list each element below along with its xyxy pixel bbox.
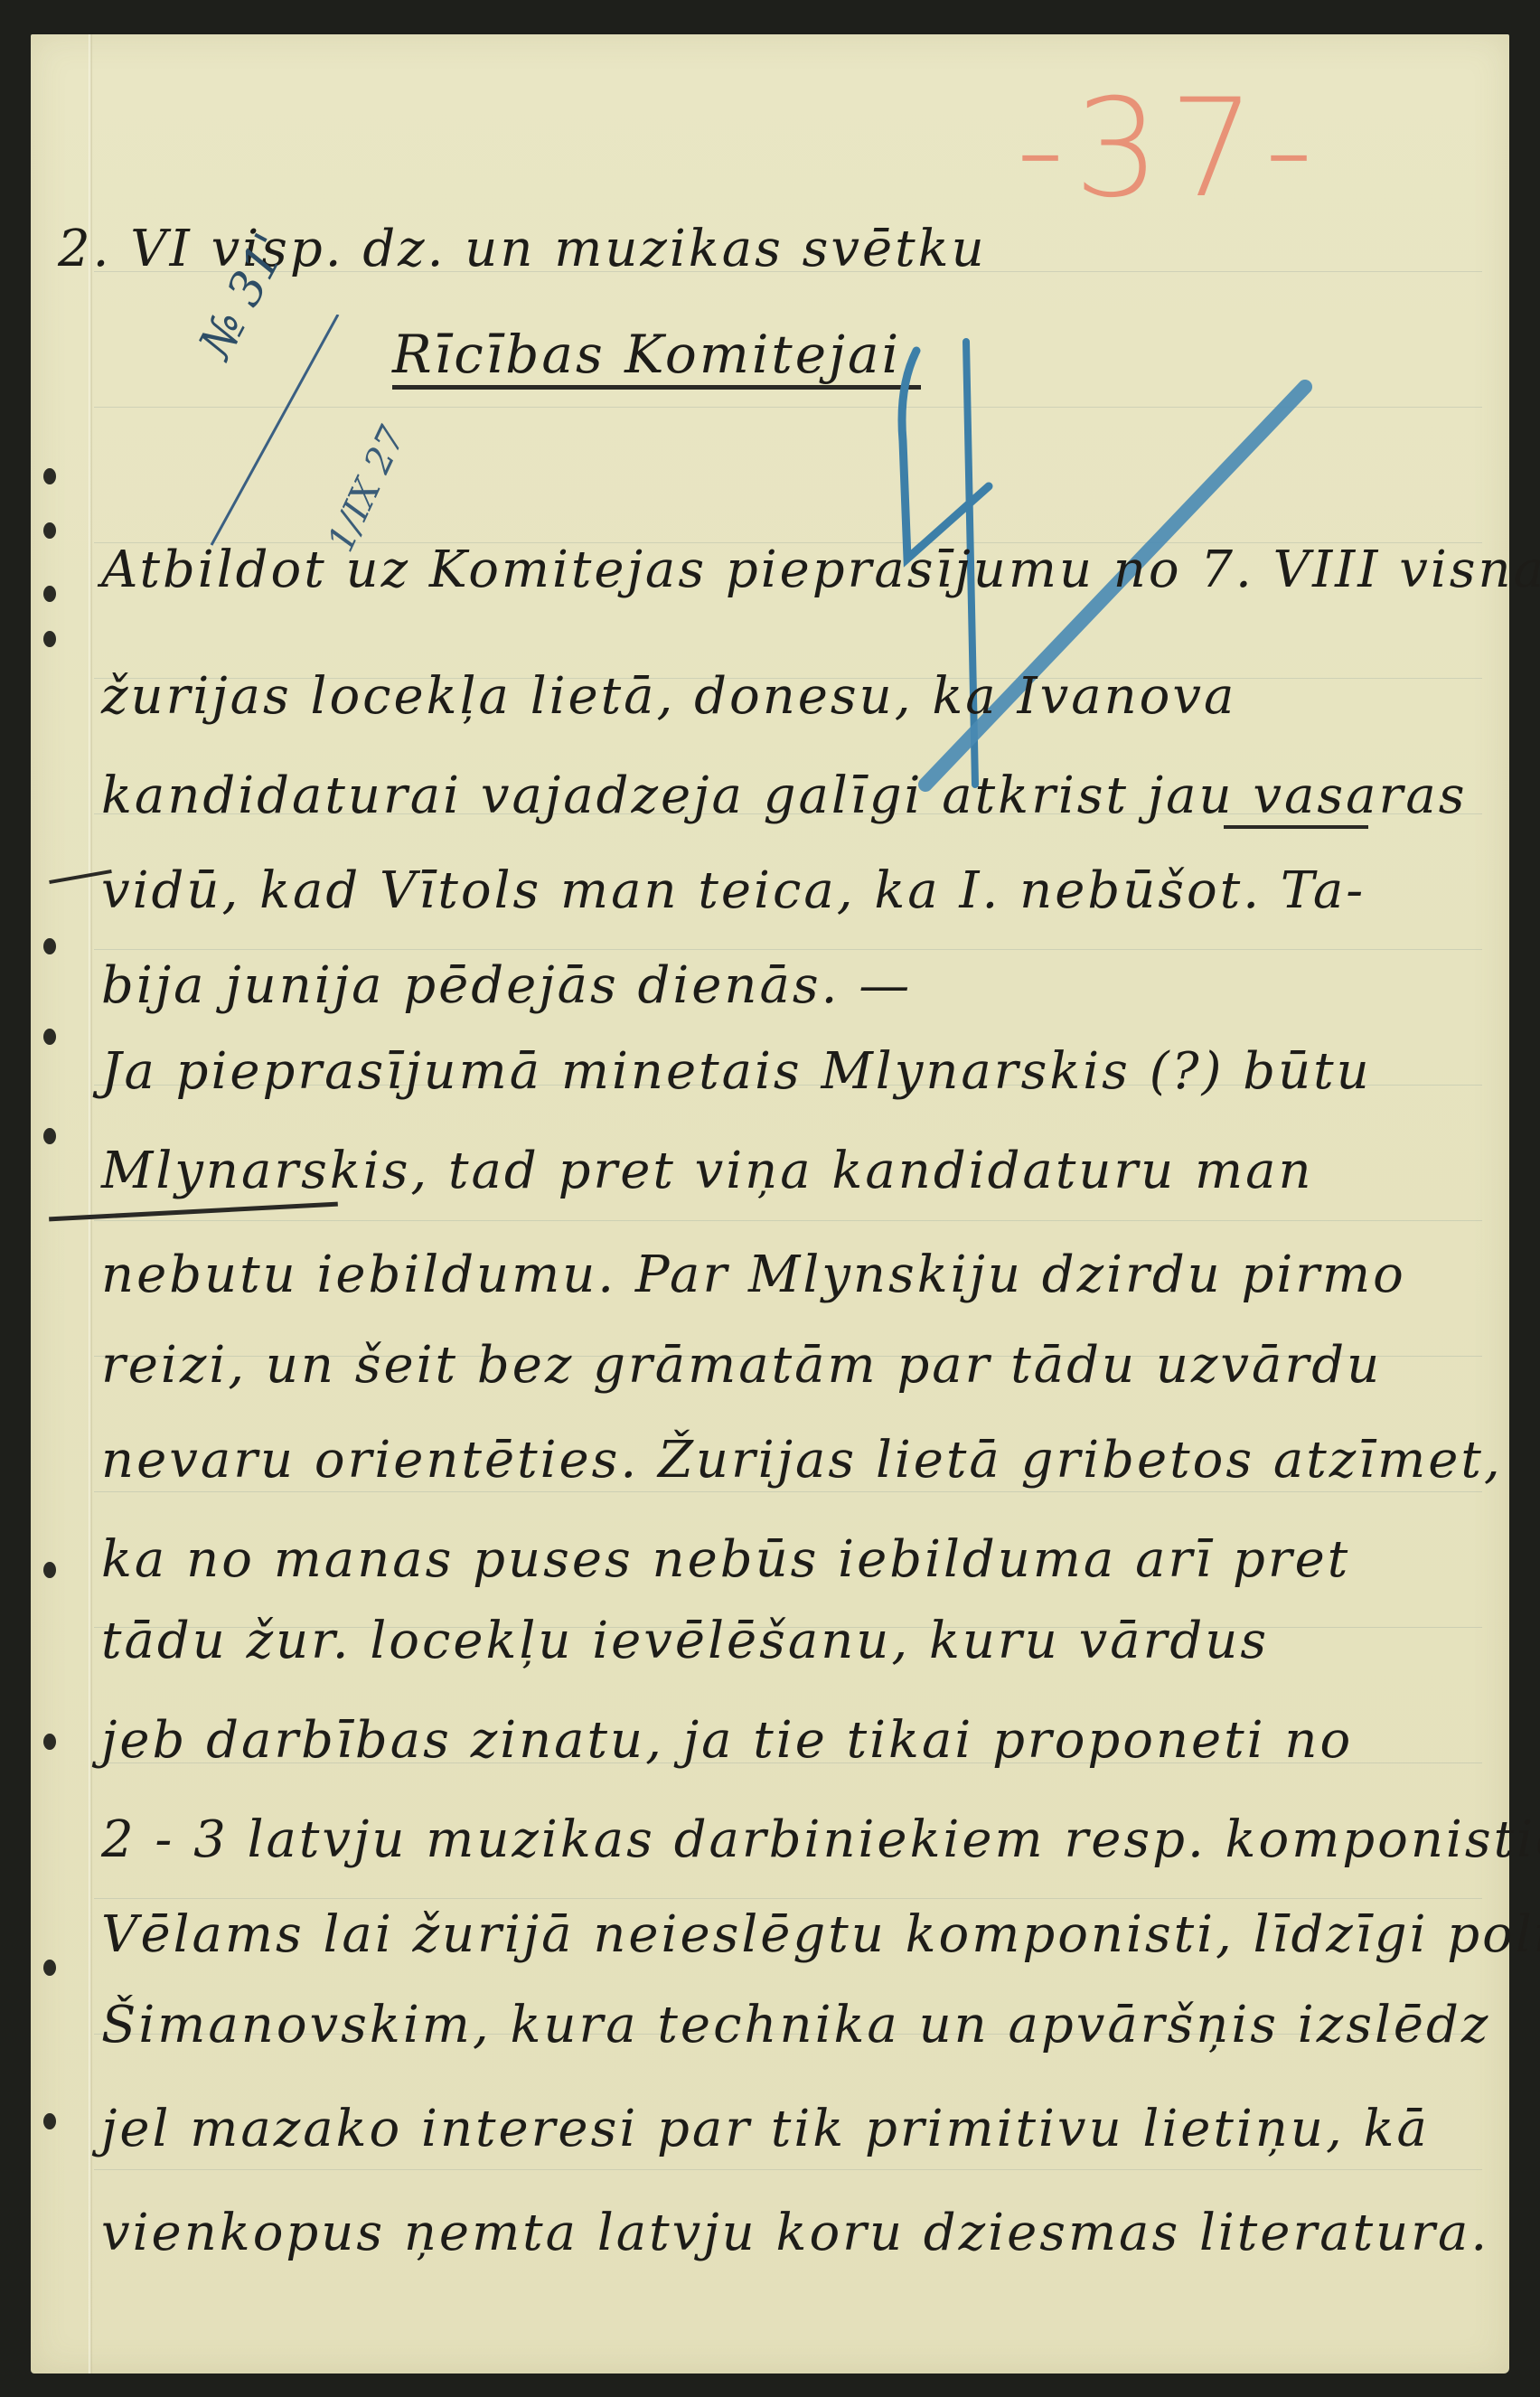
body-line: bija junija pēdejās dienās. — bbox=[101, 956, 912, 1015]
ruled-line bbox=[94, 1898, 1482, 1899]
punch-hole bbox=[43, 1562, 56, 1578]
punch-hole bbox=[43, 522, 56, 539]
blue-slash-mark bbox=[202, 315, 347, 550]
body-line: Ja pieprasījumā minetais Mlynarskis (?) … bbox=[101, 1042, 1372, 1101]
body-line: jel mazako interesi par tik primitivu li… bbox=[101, 2100, 1430, 2158]
body-line: ka no manas puses nebūs iebilduma arī pr… bbox=[101, 1530, 1350, 1589]
ruled-line bbox=[94, 949, 1482, 950]
underline-mark bbox=[49, 1202, 338, 1222]
body-line: Mlynarskis, tad pret viņa kandidaturu ma… bbox=[101, 1142, 1314, 1200]
ruled-line bbox=[94, 1220, 1482, 1221]
punch-hole bbox=[43, 2113, 56, 2129]
body-line: 2 - 3 latvju muzikas darbiniekiem resp. … bbox=[101, 1810, 1540, 1869]
heading-line-2-wrap: Rīcības Komitejai. bbox=[392, 324, 921, 385]
body-line: reizi, un šeit bez grāmatām par tādu uzv… bbox=[101, 1336, 1382, 1395]
body-line: žurijas locekļa lietā, donesu, ka Ivanov… bbox=[101, 667, 1236, 726]
punch-hole bbox=[43, 631, 56, 647]
punch-hole bbox=[43, 1128, 56, 1144]
ruled-line bbox=[94, 2169, 1482, 2170]
body-line: kandidaturai vajadzeja galīgi atkrist ja… bbox=[101, 766, 1467, 825]
underline-mark bbox=[1224, 825, 1368, 829]
document-page: -37- 2. VI visp. dz. un muzikas svētku R… bbox=[31, 34, 1509, 2373]
punch-hole bbox=[43, 938, 56, 954]
punch-hole bbox=[43, 468, 56, 484]
body-line: nevaru orientēties. Žurijas lietā gribet… bbox=[101, 1431, 1503, 1490]
punch-hole bbox=[43, 1029, 56, 1045]
body-line: Šimanovskim, kura technika un apvāršņis … bbox=[101, 1996, 1490, 2054]
body-line: vidū, kad Vītols man teica, ka I. nebūšo… bbox=[101, 861, 1366, 920]
heading-recipient: Rīcības Komitejai. bbox=[392, 324, 921, 390]
page-number-mark: -37- bbox=[1016, 70, 1322, 228]
punch-hole bbox=[43, 586, 56, 602]
punch-hole bbox=[43, 1734, 56, 1750]
page-fold-crease bbox=[89, 34, 92, 2373]
body-line: vienkopus ņemta latvju koru dziesmas lit… bbox=[101, 2204, 1489, 2262]
body-line: Vēlams lai žurijā neieslēgtu komponisti,… bbox=[101, 1905, 1540, 1964]
punch-hole bbox=[43, 1960, 56, 1976]
body-line: Atbildot uz Komitejas pieprasījumu no 7.… bbox=[101, 540, 1540, 599]
body-line: nebutu iebildumu. Par Mlynskiju dzirdu p… bbox=[101, 1245, 1406, 1304]
ruled-line bbox=[94, 1491, 1482, 1492]
body-line: jeb darbības zinatu, ja tie tikai propon… bbox=[101, 1711, 1353, 1770]
body-line: tādu žur. locekļu ievēlēšanu, kuru vārdu… bbox=[101, 1612, 1269, 1670]
heading-line-1: 2. VI visp. dz. un muzikas svētku bbox=[58, 220, 987, 278]
